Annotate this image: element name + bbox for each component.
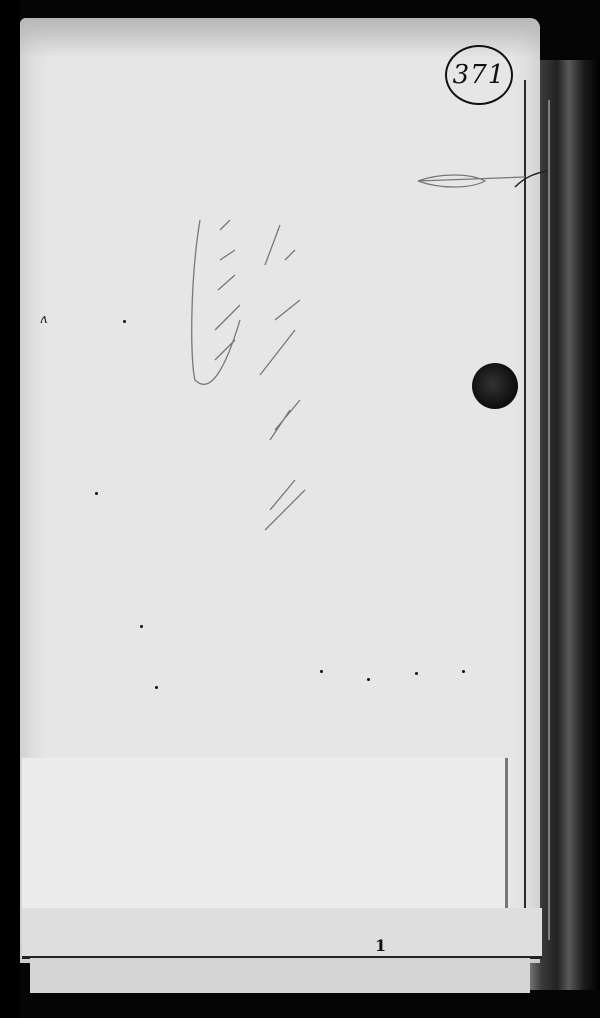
ink-speck	[320, 670, 323, 673]
ink-speck	[155, 686, 158, 689]
wax-seal-blot	[472, 363, 518, 409]
page-bottom-edge	[30, 958, 530, 993]
ink-speck	[140, 625, 143, 628]
ink-speck	[95, 492, 98, 495]
pencil-flourish	[410, 165, 550, 205]
bottom-page-mark: 1	[375, 936, 386, 955]
ink-speck	[415, 672, 418, 675]
page-bottom-strip	[22, 908, 542, 959]
scan-border-left	[0, 0, 20, 1018]
margin-rule	[524, 80, 526, 940]
pencil-marks	[180, 200, 330, 540]
folio-number-text: 371	[453, 60, 506, 90]
margin-mark: ʌ	[40, 312, 47, 327]
inset-sheet	[22, 758, 508, 909]
ink-speck	[123, 320, 126, 323]
binding-highlight	[548, 100, 550, 940]
ink-speck	[462, 670, 465, 673]
ink-speck	[367, 678, 370, 681]
folio-number: 371	[445, 45, 513, 105]
